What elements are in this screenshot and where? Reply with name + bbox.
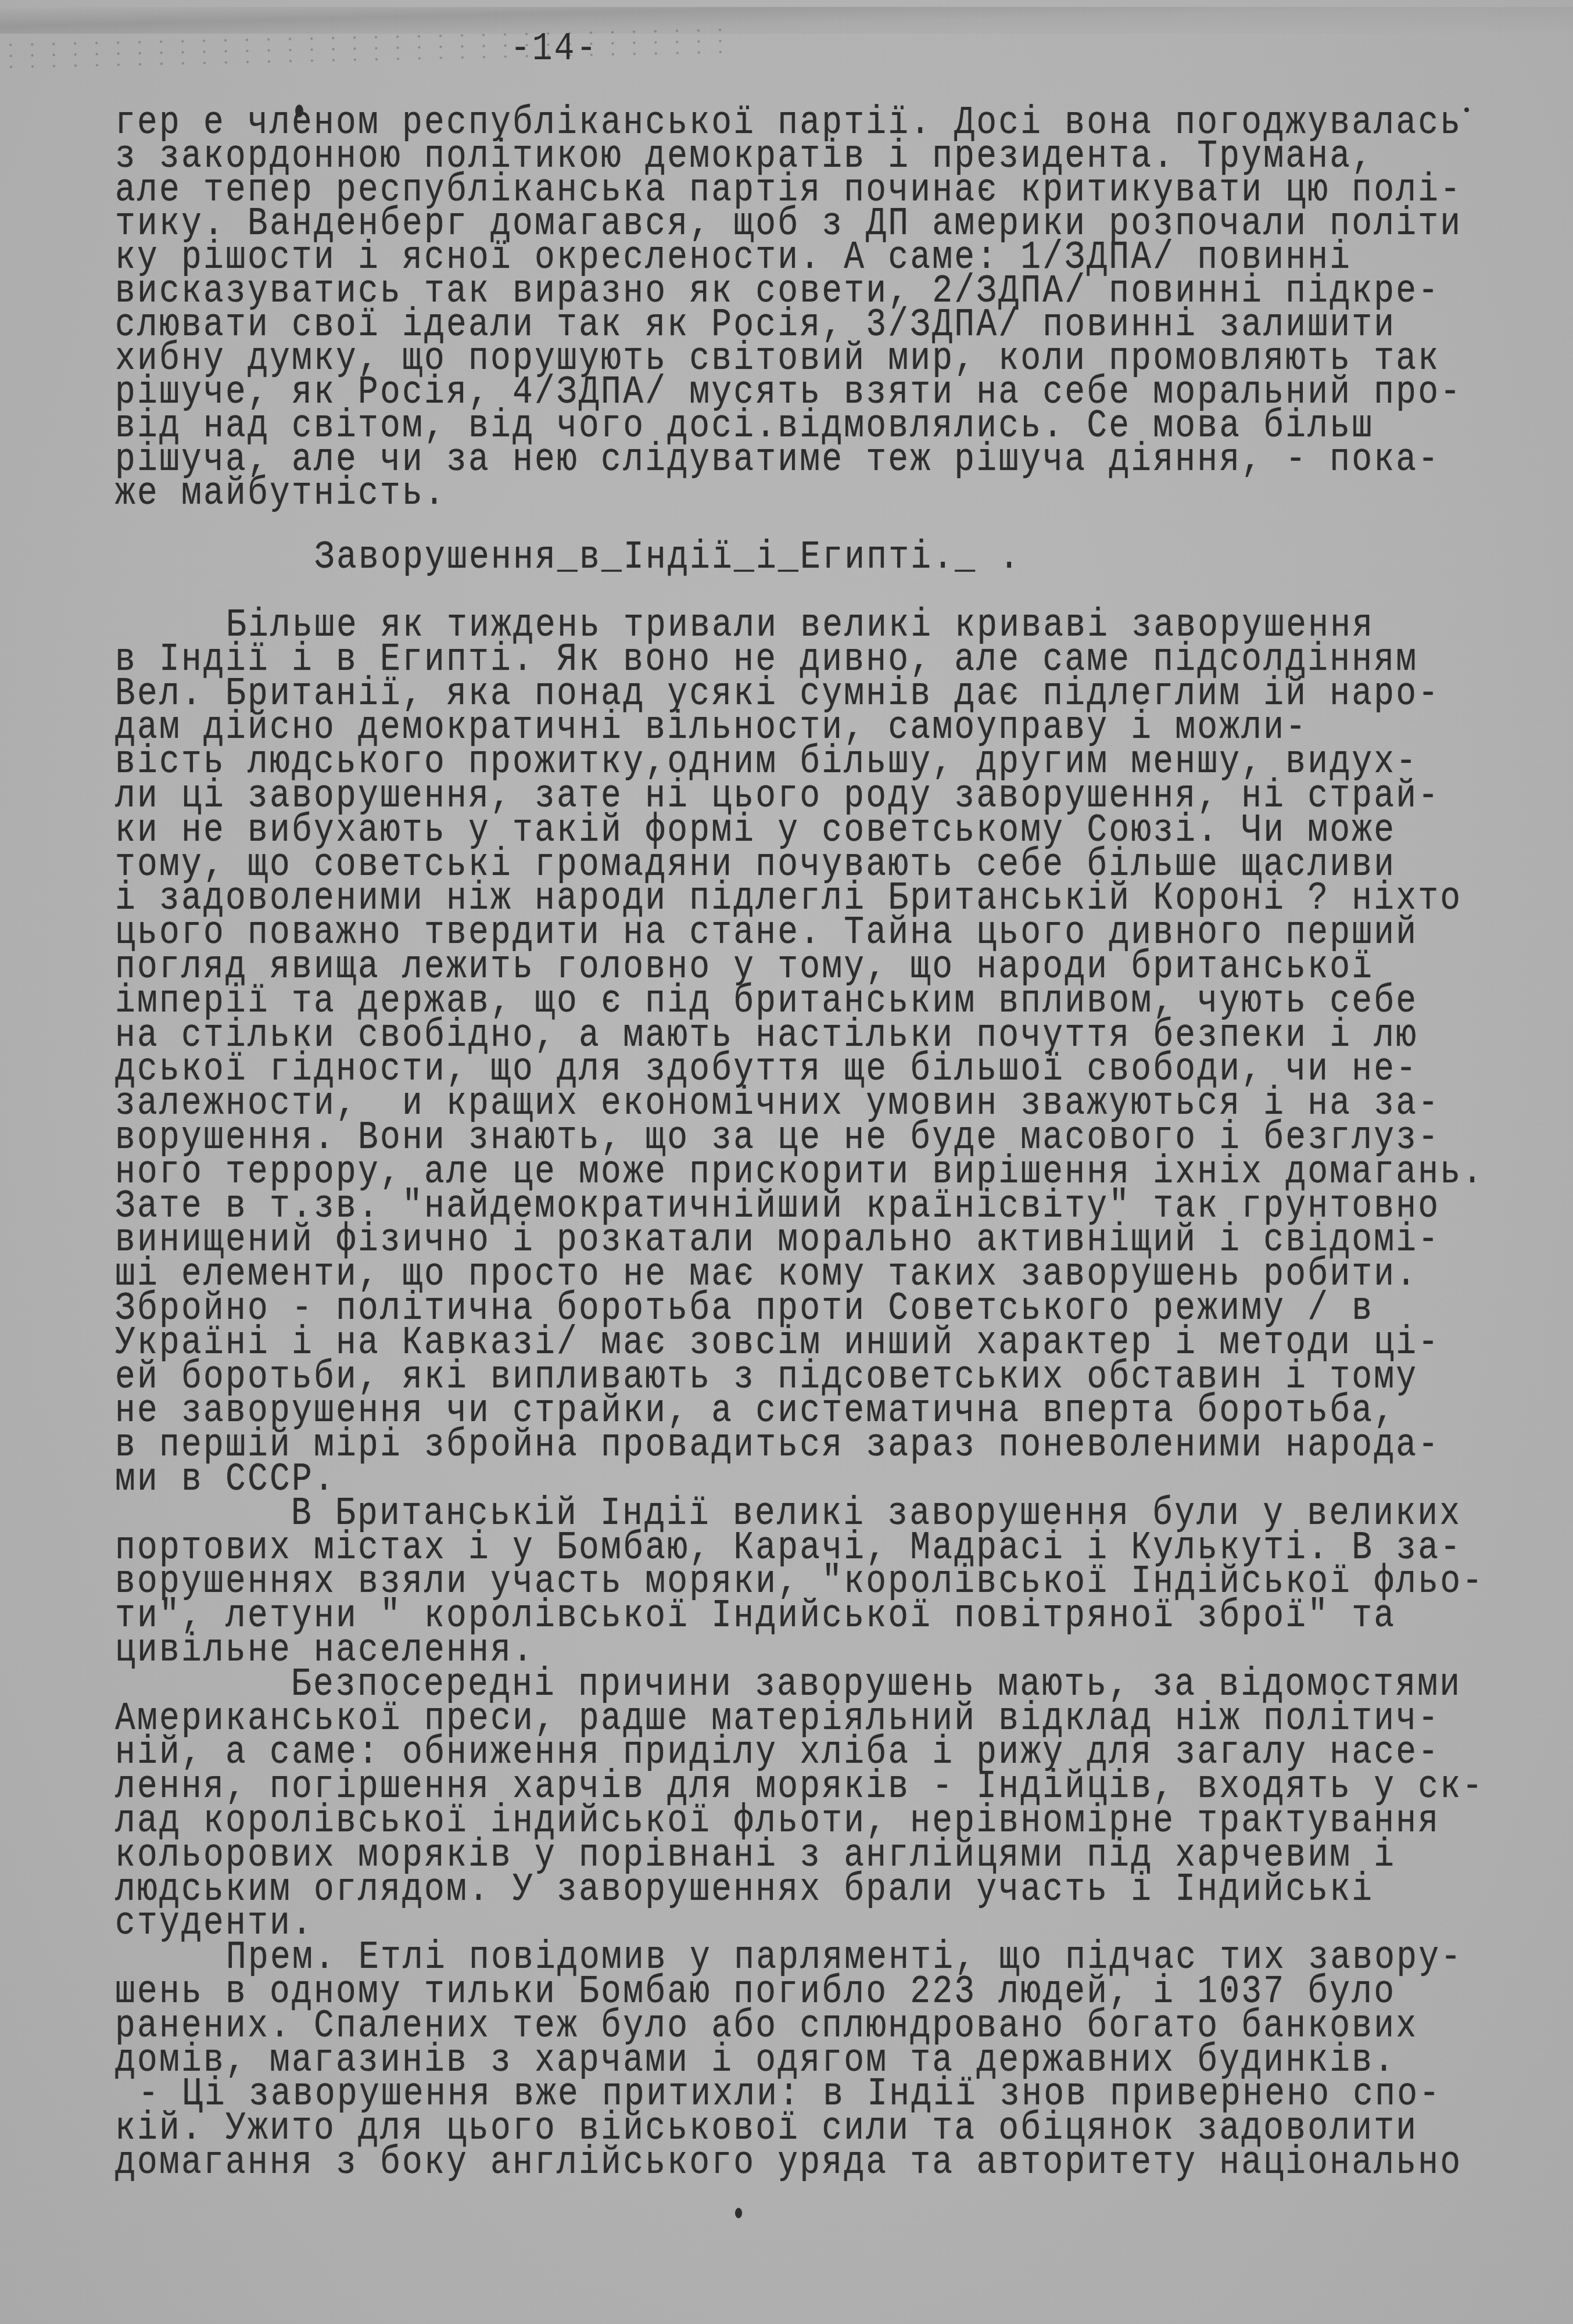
ink-blot xyxy=(1464,107,1469,112)
section-heading: Заворушення_в_Індії_і_Египті._ . xyxy=(314,539,1021,578)
paper-fold-shadow xyxy=(0,7,1573,34)
text-line: же майбутність. xyxy=(115,475,446,514)
text-line: домагання з боку англійського уряда та а… xyxy=(115,2144,1462,2183)
page-number: -14- xyxy=(510,27,598,71)
document-page: -14- гер е членом республіканської парті… xyxy=(0,0,1573,2324)
ink-blot xyxy=(295,105,303,117)
ink-blot xyxy=(735,2208,742,2218)
